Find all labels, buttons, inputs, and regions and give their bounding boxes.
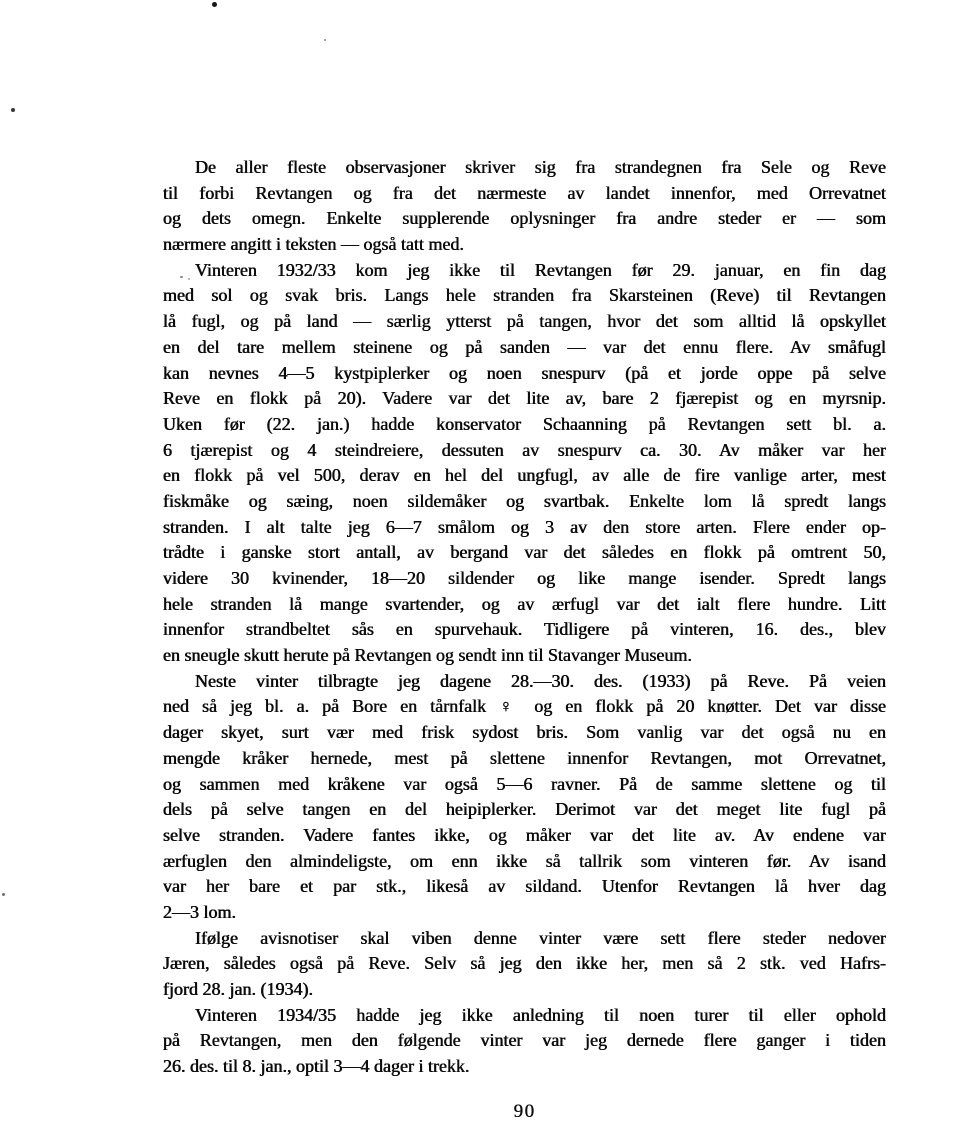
scan-artifact-dot: [11, 108, 15, 112]
text-line: Reve en flokk på 20). Vadere var det lit…: [163, 386, 886, 412]
text-line: De aller fleste observasjoner skriver si…: [163, 155, 886, 181]
text-line: innenfor strandbeltet sås en spurvehauk.…: [163, 617, 886, 643]
text-line: på Revtangen, men den følgende vinter va…: [163, 1028, 886, 1054]
text-line: Vinteren 1934/35 hadde jeg ikke anlednin…: [163, 1003, 886, 1029]
text-line: ned så jeg bl. a. på Bore en tårnfalk ♀ …: [163, 694, 886, 720]
text-line: hele stranden lå mange svartender, og av…: [163, 592, 886, 618]
paragraph-winter-1932-33: Vinteren 1932/33 kom jeg ikke til Revtan…: [163, 258, 886, 669]
text-line: Neste vinter tilbragte jeg dagene 28.—30…: [163, 669, 886, 695]
text-line: en flokk på vel 500, derav en hel del un…: [163, 463, 886, 489]
text-line: ærfuglen den almindeligste, om enn ikke …: [163, 849, 886, 875]
text-line: var her bare et par stk., likeså av sild…: [163, 874, 886, 900]
text-line: dels på selve tangen en del heipiplerker…: [163, 797, 886, 823]
text-block: De aller fleste observasjoner skriver si…: [163, 155, 886, 1080]
text-line: og dets omegn. Enkelte supplerende oplys…: [163, 206, 886, 232]
text-line: til forbi Revtangen og fra det nærmeste …: [163, 181, 886, 207]
text-line: kan nevnes 4—5 kystpiplerker og noen sne…: [163, 361, 886, 387]
text-line: Jæren, således også på Reve. Selv så jeg…: [163, 951, 886, 977]
paragraph-vibe-notes: Ifølge avisnotiser skal viben denne vint…: [163, 926, 886, 1003]
text-line: fjord 28. jan. (1934).: [163, 977, 886, 1003]
text-line: Uken før (22. jan.) hadde konservator Sc…: [163, 412, 886, 438]
paragraph-winter-1934-35: Vinteren 1934/35 hadde jeg ikke anlednin…: [163, 1003, 886, 1080]
page-number: 90: [163, 1101, 886, 1123]
text-line: en sneugle skutt herute på Revtangen og …: [163, 643, 886, 669]
text-line: og sammen med kråkene var også 5—6 ravne…: [163, 772, 886, 798]
text-line: mengde kråker hernede, mest på slettene …: [163, 746, 886, 772]
text-line: Vinteren 1932/33 kom jeg ikke til Revtan…: [163, 258, 886, 284]
scan-artifact-dot: [2, 893, 5, 896]
text-line: med sol og svak bris. Langs hele strande…: [163, 283, 886, 309]
text-line: stranden. I alt talte jeg 6—7 smålom og …: [163, 515, 886, 541]
text-line: 2—3 lom.: [163, 900, 886, 926]
text-line: selve stranden. Vadere fantes ikke, og m…: [163, 823, 886, 849]
text-line: 6 tjærepist og 4 steindreiere, dessuten …: [163, 438, 886, 464]
paragraph-intro: De aller fleste observasjoner skriver si…: [163, 155, 886, 258]
scan-artifact-dot: [212, 2, 217, 7]
paragraph-winter-1933-34: Neste vinter tilbragte jeg dagene 28.—30…: [163, 669, 886, 926]
scan-artifact-dot: [324, 39, 326, 41]
text-line: Ifølge avisnotiser skal viben denne vint…: [163, 926, 886, 952]
text-line: en del tare mellem steinene og på sanden…: [163, 335, 886, 361]
text-line: videre 30 kvinender, 18—20 sildender og …: [163, 566, 886, 592]
text-line: 26. des. til 8. jan., optil 3—4 dager i …: [163, 1054, 886, 1080]
text-line: nærmere angitt i teksten — også tatt med…: [163, 232, 886, 258]
text-line: trådte i ganske stort antall, av bergand…: [163, 540, 886, 566]
text-line: lå fugl, og på land — særlig ytterst på …: [163, 309, 886, 335]
document-page: De aller fleste observasjoner skriver si…: [0, 0, 960, 1144]
text-line: dager skyet, surt vær med frisk sydost b…: [163, 720, 886, 746]
text-line: fiskmåke og sæing, noen sildemåker og sv…: [163, 489, 886, 515]
